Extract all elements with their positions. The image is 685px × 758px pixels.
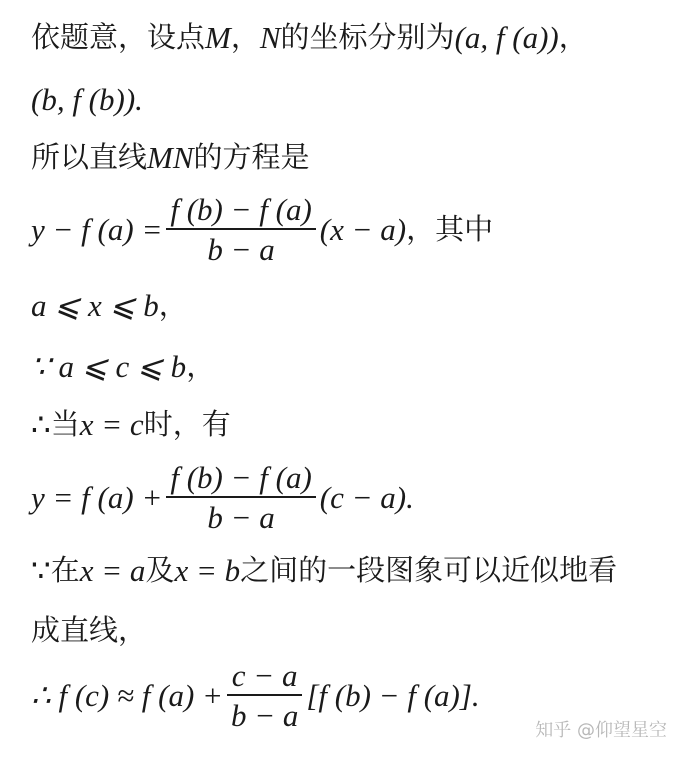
text-line-1: 依题意，设点 M ， N 的坐标分别为 (a, f (a)) ，: [31, 22, 588, 53]
text: ，: [159, 291, 188, 320]
math-expr: [f (b) − f (a)].: [306, 680, 479, 711]
equation-line-8: y = f (a) + f (b) − f (a) b − a (c − a).: [31, 458, 414, 536]
because-symbol: ∵: [31, 555, 51, 586]
math-expr: (b, f (b)).: [31, 84, 143, 115]
text-line-3: 所以直线 MN 的方程是: [31, 142, 310, 173]
math-expr: y = f (a) +: [31, 482, 162, 513]
text: 在: [51, 556, 80, 585]
text-line-9: ∵ 在 x = a 及 x = b 之间的一段图象可以近似地看: [31, 555, 617, 586]
math-var: M: [205, 22, 231, 53]
math-expr: ∴ f (c) ≈ f (a) +: [31, 680, 223, 711]
math-expr: x = c: [80, 409, 144, 440]
text: 依题意，设点: [31, 23, 205, 52]
text: ，: [186, 352, 215, 381]
fraction-denominator: b − a: [203, 498, 278, 536]
watermark: 知乎 @仰望星空: [535, 716, 667, 742]
fraction: f (b) − f (a) b − a: [166, 458, 315, 536]
text-line-5: a ⩽ x ⩽ b ，: [31, 290, 188, 321]
text-line-10: 成直线，: [31, 616, 147, 645]
fraction-numerator: f (b) − f (a): [166, 458, 315, 496]
text: 之间的一段图象可以近似地看: [240, 556, 617, 585]
text: 时，有: [144, 410, 231, 439]
text-line-7: ∴ 当 x = c 时，有: [31, 409, 231, 440]
therefore-symbol: ∴: [31, 409, 51, 440]
text: 的坐标分别为: [281, 23, 455, 52]
text: 所以直线: [31, 143, 147, 172]
equation-line-4: y − f (a) = f (b) − f (a) b − a (x − a) …: [31, 190, 493, 268]
fraction-denominator: b − a: [227, 696, 302, 734]
math-expr: ∵ a ⩽ c ⩽ b: [31, 351, 186, 382]
text: 及: [145, 556, 174, 585]
text: 的方程是: [194, 143, 310, 172]
math-expr: a ⩽ x ⩽ b: [31, 290, 159, 321]
text: ，: [559, 23, 588, 52]
math-var: N: [260, 22, 281, 53]
math-expr: y − f (a) =: [31, 214, 162, 245]
text: ，: [231, 23, 260, 52]
math-expr: x = b: [174, 555, 240, 586]
equation-line-11: ∴ f (c) ≈ f (a) + c − a b − a [f (b) − f…: [31, 656, 480, 734]
fraction-denominator: b − a: [203, 230, 278, 268]
text-line-2: (b, f (b)).: [31, 84, 143, 115]
math-expr: (x − a): [320, 214, 406, 245]
fraction-numerator: f (b) − f (a): [166, 190, 315, 228]
fraction: c − a b − a: [227, 656, 302, 734]
math-expr: (a, f (a)): [455, 22, 559, 53]
math-expr: (c − a).: [320, 482, 414, 513]
math-expr: x = a: [80, 555, 146, 586]
text: ，其中: [406, 215, 493, 244]
text: 当: [51, 410, 80, 439]
text: 成直线，: [31, 616, 147, 645]
fraction-numerator: c − a: [228, 656, 302, 694]
fraction: f (b) − f (a) b − a: [166, 190, 315, 268]
math-var: MN: [147, 142, 194, 173]
text-line-6: ∵ a ⩽ c ⩽ b ，: [31, 351, 215, 382]
